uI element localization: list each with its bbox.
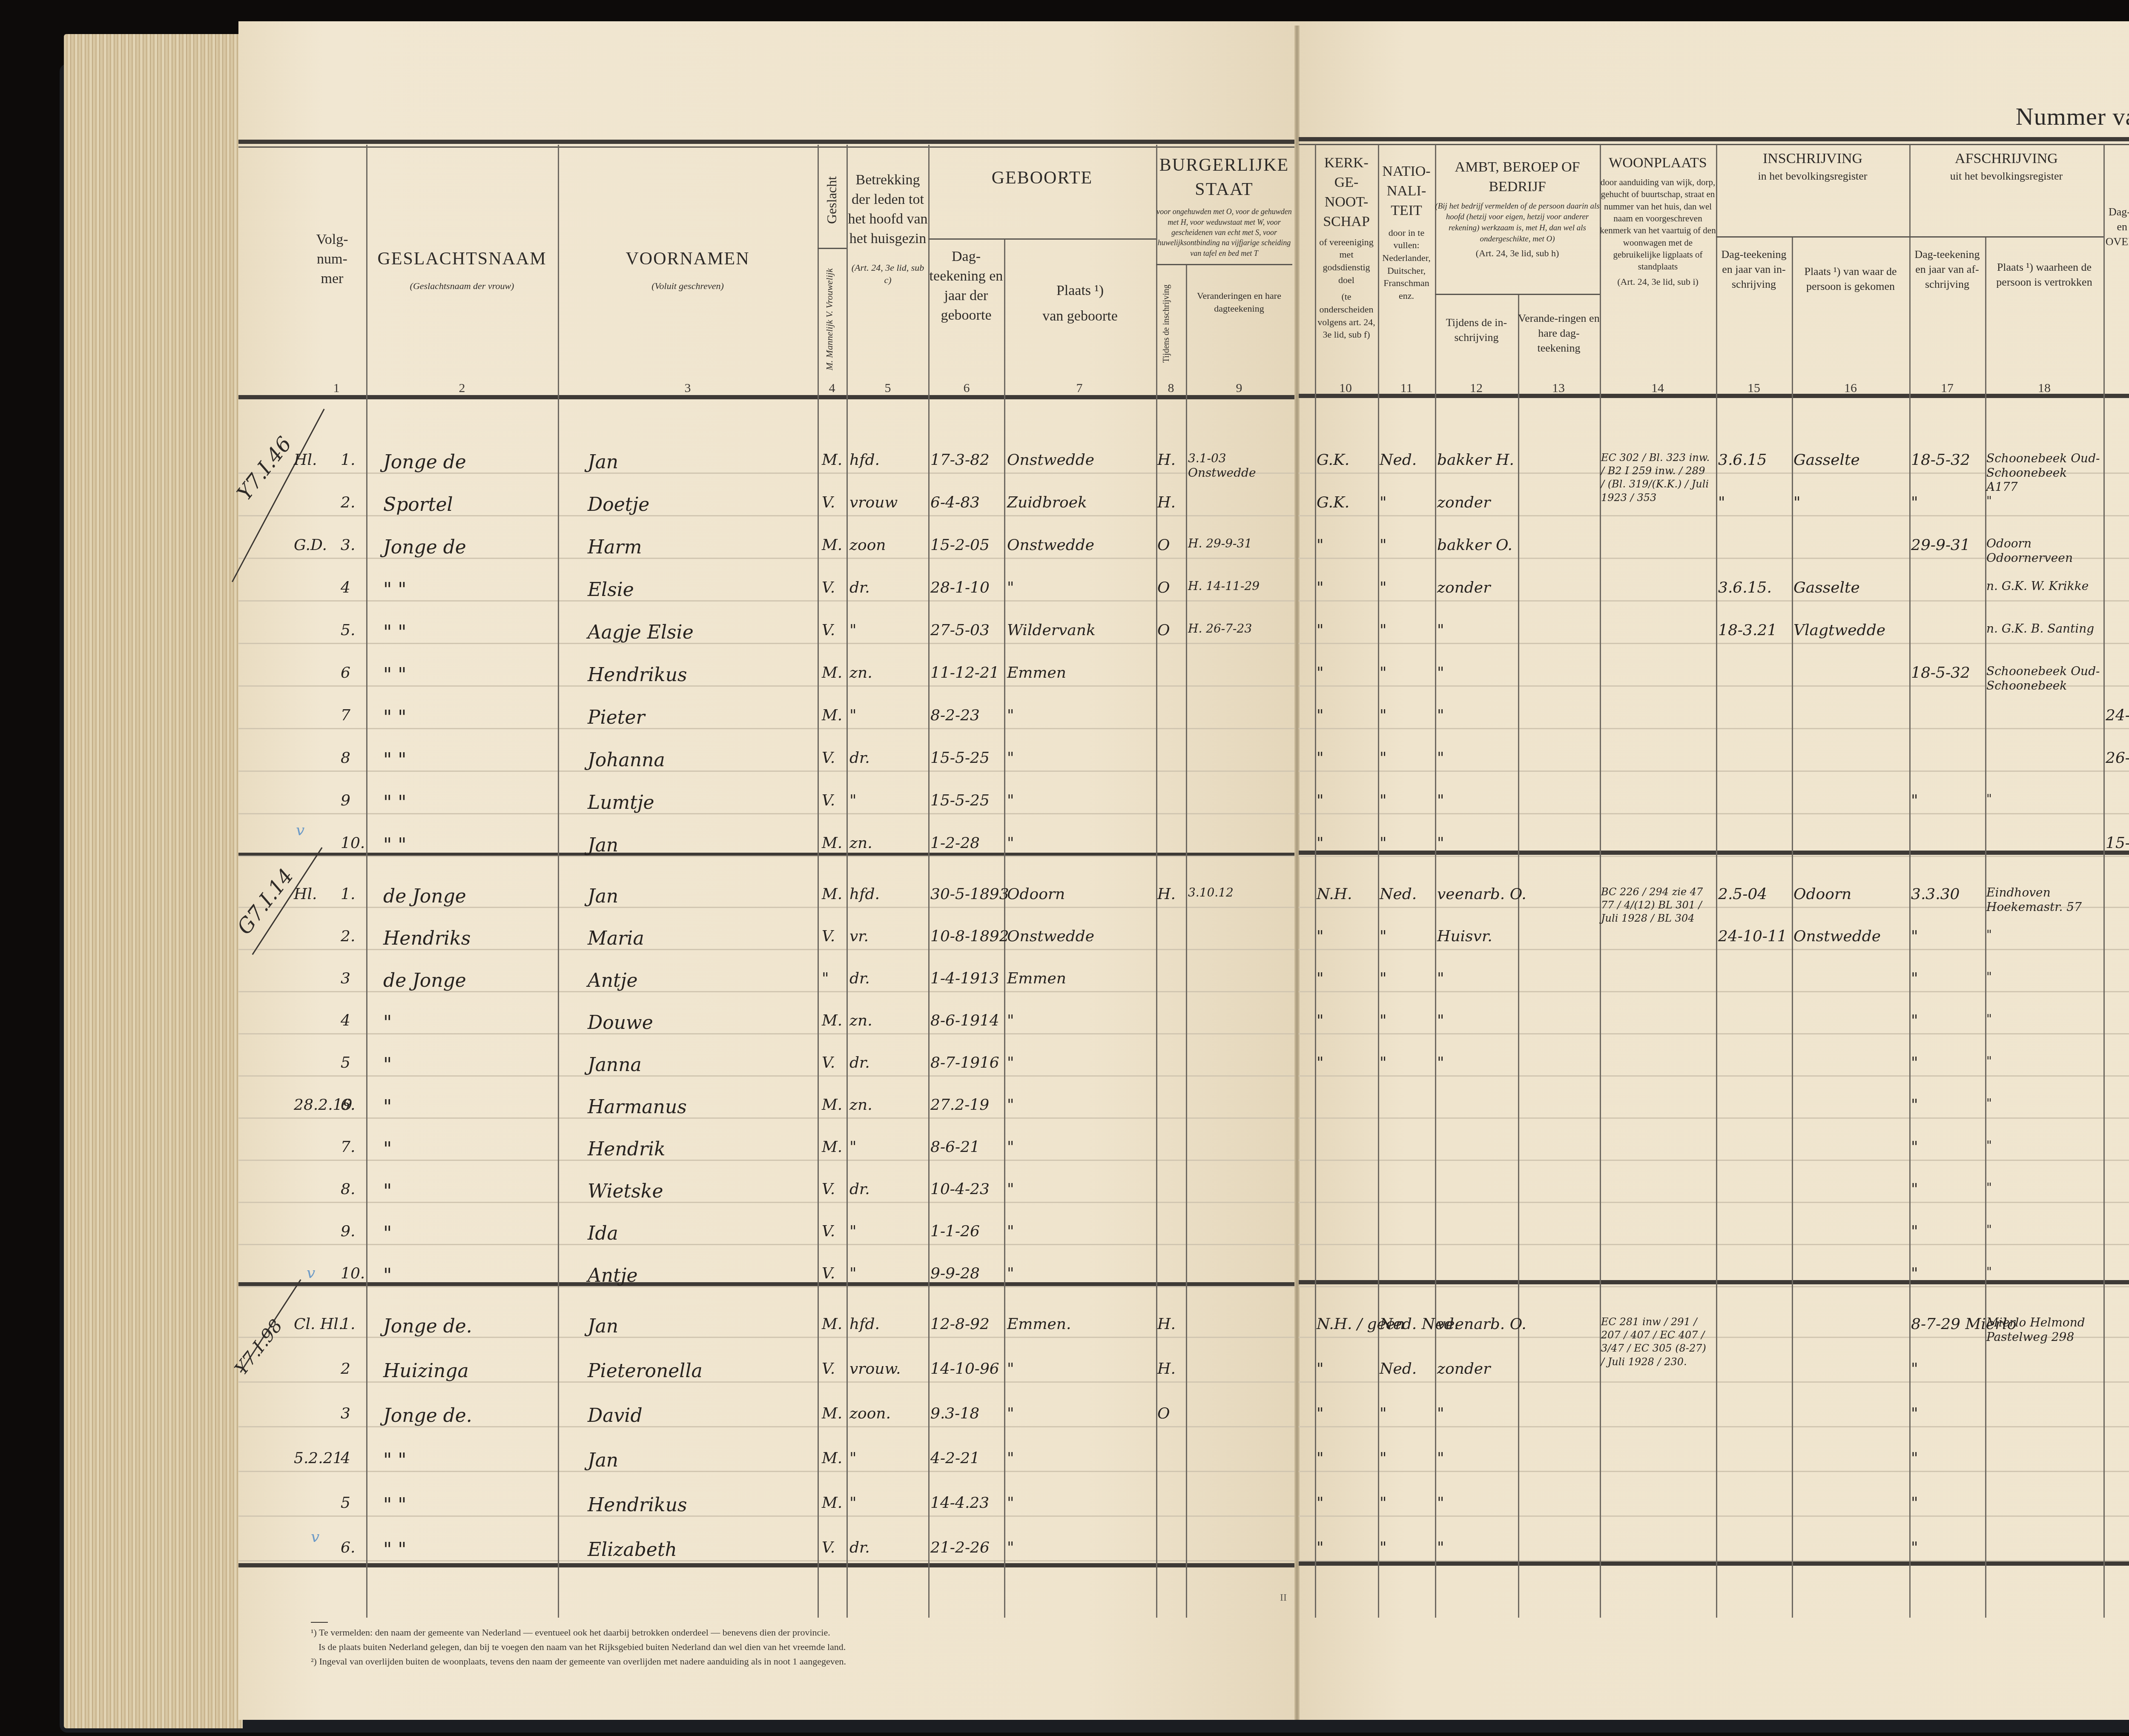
cell-civil-change: H. 29-9-31 — [1188, 536, 1290, 551]
row-guide-line — [1299, 813, 2129, 814]
footnote-1: ¹) Te vermelden: den naam der gemeente v… — [311, 1625, 1277, 1640]
cell-church: " — [1317, 1405, 1324, 1422]
row-guide-line — [1299, 1426, 2129, 1427]
row-guide-line — [238, 1286, 1294, 1287]
cell-relation: zn. — [849, 1096, 872, 1114]
cell-volg: 5 — [341, 1054, 350, 1071]
cell-birth-date: 1-4-1913 — [930, 970, 999, 987]
cell-nationality: " — [1380, 792, 1387, 809]
header-ambt: AMBT, BEROEP OF BEDRIJF(Bij het bedrijf … — [1435, 158, 1600, 260]
cell-birth-date: 15-5-25 — [930, 792, 990, 809]
cell-birth-date: 28-1-10 — [930, 579, 990, 596]
cell-occupation: " — [1437, 1405, 1444, 1422]
cell-relation: dr. — [849, 1539, 870, 1556]
cell-surname: Hendriks — [383, 928, 471, 949]
cell-volg: 1. — [341, 451, 355, 469]
colnum-3: 3 — [675, 381, 700, 395]
cell-death: 15-12-30 — [2106, 834, 2129, 852]
cell-birth-place: " — [1007, 1138, 1014, 1156]
cell-ins-place: Gasselte — [1793, 451, 1860, 469]
cell-sex: M. — [822, 451, 842, 469]
col-divider — [1600, 145, 1601, 1618]
colnum-5: 5 — [875, 381, 901, 395]
cell-firstname: Maria — [588, 928, 644, 949]
cell-volg: 5 — [341, 1494, 350, 1512]
cell-sex: V. — [822, 622, 835, 639]
cell-afs-date: " — [1911, 1360, 1918, 1378]
cell-civil: H. — [1157, 1360, 1176, 1378]
cell-birth-date: 14-4.23 — [930, 1494, 989, 1512]
cell-firstname: Lumtje — [588, 792, 654, 814]
cell-afs-date: " — [1911, 1223, 1918, 1240]
cell-residence: EC 302 / Bl. 323 inw. / B2 I 259 inw. / … — [1601, 451, 1712, 504]
col-divider — [1792, 236, 1793, 1618]
col-divider — [1186, 264, 1187, 1618]
colnum-16: 16 — [1838, 381, 1863, 395]
cell-afs-date: " — [1911, 1450, 1918, 1467]
cell-birth-place: Odoorn — [1007, 885, 1065, 903]
cell-birth-place: Emmen — [1007, 664, 1066, 682]
cell-sex: M. — [822, 1315, 842, 1333]
cell-sex: V. — [822, 1360, 835, 1378]
cell-sex: M. — [822, 707, 842, 724]
cell-afs-date: " — [1911, 494, 1918, 511]
staat-subrule — [1156, 264, 1292, 265]
cell-afs-date: " — [1911, 928, 1918, 945]
row-guide-line — [1299, 991, 2129, 992]
cell-surname: " " — [383, 622, 406, 643]
header-voornamen: VOORNAMEN(Voluit geschreven) — [558, 247, 818, 292]
cell-occupation: bakker O. — [1437, 536, 1512, 554]
cell-church: " — [1317, 664, 1324, 682]
cell-afs-place: " — [1986, 1138, 2101, 1153]
cell-relation: " — [849, 1450, 857, 1467]
row-guide-line — [1299, 600, 2129, 602]
cell-surname: " — [383, 1265, 392, 1286]
cell-birth-date: 17-3-82 — [930, 451, 990, 469]
row-guide-line — [1299, 515, 2129, 516]
cell-volg: 8. — [341, 1180, 355, 1198]
household-divider-1-right — [1299, 851, 2129, 855]
cell-nationality: " — [1380, 536, 1387, 554]
header-woonplaats: WOONPLAATSdoor aanduiding van wijk, dorp… — [1600, 153, 1716, 288]
cell-sex: V. — [822, 928, 835, 945]
cell-firstname: Jan — [588, 1315, 618, 1337]
cell-volg: 4 — [341, 1012, 350, 1029]
cell-ins-place: Gasselte — [1793, 579, 1860, 596]
row-guide-line — [238, 1160, 1294, 1161]
cell-afs-place: " — [1986, 970, 2101, 984]
cell-surname: " " — [383, 834, 406, 856]
cell-occupation: " — [1437, 1539, 1444, 1556]
cell-firstname: Pieter — [588, 707, 645, 728]
cell-church: " — [1317, 792, 1324, 809]
cell-civil: O — [1157, 536, 1170, 554]
col-divider — [366, 145, 367, 1618]
cell-birth-date: 27-5-03 — [930, 622, 990, 639]
row-guide-line — [1299, 1515, 2129, 1517]
cell-volg: 2 — [341, 1360, 350, 1378]
page-edges-left — [64, 34, 243, 1728]
cell-occupation: " — [1437, 1012, 1444, 1029]
header-bottom-rule-left — [238, 395, 1294, 399]
cell-birth-place: Onstwedde — [1007, 928, 1094, 945]
colnum-13: 13 — [1546, 381, 1571, 395]
cell-sex: V. — [822, 1265, 835, 1282]
cell-birth-date: 9-9-28 — [930, 1265, 980, 1282]
cell-church: " — [1317, 970, 1324, 987]
cell-relation: vr. — [849, 928, 869, 945]
cell-birth-date: 12-8-92 — [930, 1315, 990, 1333]
cell-occupation: " — [1437, 970, 1444, 987]
cell-afs-place: " — [1986, 1012, 2101, 1026]
cell-relation: zoon — [849, 536, 886, 554]
cell-birth-place: " — [1007, 749, 1014, 767]
book-gutter — [1294, 26, 1300, 1720]
cell-firstname: Jan — [588, 834, 618, 856]
cell-volg: 9. — [341, 1223, 355, 1240]
cell-sex: M. — [822, 1494, 842, 1512]
cell-surname: de Jonge — [383, 885, 466, 907]
cell-ins-date: 2.5-04 — [1718, 885, 1767, 903]
cell-afs-date: " — [1911, 1180, 1918, 1198]
cell-firstname: Aagje Elsie — [588, 622, 694, 643]
cell-nationality: " — [1380, 1450, 1387, 1467]
cell-afs-place: " — [1986, 1180, 2101, 1195]
cell-afs-date: " — [1911, 1012, 1918, 1029]
cell-birth-date: 8-7-1916 — [930, 1054, 999, 1071]
cell-relation: hfd. — [849, 1315, 880, 1333]
cell-relation: zoon. — [849, 1405, 891, 1422]
row-guide-line — [1299, 1160, 2129, 1161]
cell-volg: 3 — [341, 970, 350, 987]
header-nationaliteit: NATIO-NALI-TEITdoor in te vullen: Nederl… — [1378, 162, 1435, 302]
cell-afs-date: " — [1911, 1096, 1918, 1114]
cell-prefix: G.D. — [294, 536, 327, 554]
cell-civil: H. — [1157, 1315, 1176, 1333]
cell-prefix: Hl. — [294, 451, 317, 469]
colnum-1: 1 — [324, 381, 349, 395]
cell-surname: Jonge de — [383, 451, 466, 473]
cell-firstname: Douwe — [588, 1012, 653, 1034]
cell-surname: Jonge de — [383, 536, 466, 558]
cell-residence: EC 281 inw / 291 / 207 / 407 / EC 407 / … — [1601, 1315, 1712, 1369]
cell-occupation: " — [1437, 749, 1444, 767]
cell-afs-date: " — [1911, 1405, 1918, 1422]
header-geslachtsnaam: GESLACHTSNAAM(Geslachtsnaam der vrouw) — [366, 247, 558, 292]
col-divider — [1716, 145, 1717, 1618]
cell-sex: M. — [822, 1405, 842, 1422]
cell-firstname: Ida — [588, 1223, 618, 1244]
cell-occupation: " — [1437, 1494, 1444, 1512]
cell-firstname: Hendrikus — [588, 1494, 687, 1516]
header-geboorte-datum: Dag-teekening en jaar der geboorte — [928, 247, 1004, 325]
cell-relation: zn. — [849, 664, 872, 682]
cell-birth-date: 10-4-23 — [930, 1180, 990, 1198]
col-divider — [558, 145, 559, 1618]
cell-sex: M. — [822, 536, 842, 554]
cell-birth-place: Onstwedde — [1007, 451, 1094, 469]
ambt-subrule — [1435, 294, 1600, 295]
row-guide-line — [1299, 1560, 2129, 1561]
cell-occupation: " — [1437, 792, 1444, 809]
footnotes: ¹) Te vermelden: den naam der gemeente v… — [311, 1622, 1277, 1669]
blue-checkmark: v — [307, 1264, 315, 1282]
colnum-8: 8 — [1158, 381, 1184, 395]
row-guide-line — [1299, 1075, 2129, 1077]
colnum-2: 2 — [449, 381, 475, 395]
cell-civil-change: 3.1-03 Onstwedde — [1188, 451, 1290, 480]
cell-volg: 5. — [341, 622, 355, 639]
cell-birth-date: 4-2-21 — [930, 1450, 980, 1467]
cell-civil: O — [1157, 579, 1170, 596]
cell-birth-place: Onstwedde — [1007, 536, 1094, 554]
cell-firstname: Elizabeth — [588, 1539, 677, 1561]
geboorte-subrule — [928, 238, 1156, 240]
cell-church: G.K. — [1317, 451, 1349, 469]
cell-surname: " — [383, 1096, 392, 1118]
cell-afs-place: Mierlo Helmond Pastelweg 298 — [1986, 1315, 2101, 1344]
cell-birth-date: 1-1-26 — [930, 1223, 980, 1240]
cell-residence: BC 226 / 294 zie 47 77 / 4/(12) BL 301 /… — [1601, 885, 1712, 925]
cell-afs-date: " — [1911, 1494, 1918, 1512]
col-divider — [1435, 145, 1436, 1618]
row-guide-line — [1299, 1033, 2129, 1034]
cell-sex: V. — [822, 579, 835, 596]
cell-volg: 1. — [341, 1315, 355, 1333]
cell-birth-place: " — [1007, 1360, 1014, 1378]
cell-birth-date: 27.2-19 — [930, 1096, 989, 1114]
cell-nationality: " — [1380, 1494, 1387, 1512]
cell-nationality: " — [1380, 1054, 1387, 1071]
cell-volg: 2. — [341, 928, 355, 945]
cell-nationality: " — [1380, 749, 1387, 767]
cell-surname: " " — [383, 1450, 406, 1471]
row-guide-line — [238, 1244, 1294, 1245]
cell-firstname: Hendrik — [588, 1138, 666, 1160]
row-guide-line — [238, 1075, 1294, 1077]
cell-sex: M. — [822, 1096, 842, 1114]
cell-civil-change: 3.10.12 — [1188, 885, 1290, 900]
cell-nationality: " — [1380, 928, 1387, 945]
cell-nationality: " — [1380, 970, 1387, 987]
row-guide-line — [238, 1033, 1294, 1034]
header-overlijden: Dag-teekening en jaar van OVER-LIJDEN ²) — [2103, 204, 2129, 264]
cell-ins-date: 3.6.15 — [1718, 451, 1767, 469]
cell-birth-date: 15-2-05 — [930, 536, 990, 554]
row-guide-line — [1299, 771, 2129, 772]
cell-ins-date: 18-3.21 — [1718, 622, 1777, 639]
col-divider — [846, 145, 848, 1618]
cell-civil-change: H. 14-11-29 — [1188, 579, 1290, 593]
cell-surname: " — [383, 1138, 392, 1160]
cell-church: " — [1317, 928, 1324, 945]
cell-firstname: Jan — [588, 1450, 618, 1471]
cell-civil: H. — [1157, 451, 1176, 469]
geslacht-subrule — [818, 248, 846, 249]
cell-volg: 6. — [341, 1096, 355, 1114]
cell-nationality: " — [1380, 707, 1387, 724]
cell-church: " — [1317, 1054, 1324, 1071]
col-divider — [928, 145, 930, 1618]
cell-civil: O — [1157, 1405, 1170, 1422]
colnum-9: 9 — [1226, 381, 1252, 395]
cell-church: " — [1317, 1494, 1324, 1512]
cell-firstname: Harmanus — [588, 1096, 687, 1118]
cell-relation: " — [849, 1138, 857, 1156]
row-guide-line — [238, 1202, 1294, 1203]
cell-afs-place: " — [1986, 1223, 2101, 1237]
cell-volg: 3. — [341, 536, 355, 554]
cell-birth-date: 30-5-1893 — [930, 885, 1009, 903]
cell-relation: hfd. — [849, 451, 880, 469]
cell-sex: V. — [822, 1223, 835, 1240]
cell-nationality: " — [1380, 664, 1387, 682]
cell-sex: V. — [822, 792, 835, 809]
sheet-number-label: Nummer van het blad — [2016, 102, 2129, 131]
col-divider — [1909, 145, 1911, 1618]
cell-afs-place: " — [1986, 1054, 2101, 1069]
colnum-6: 6 — [954, 381, 979, 395]
cell-birth-place: " — [1007, 1450, 1014, 1467]
cell-volg: 3 — [341, 1405, 350, 1422]
cell-relation: dr. — [849, 1054, 870, 1071]
cell-occupation: veenarb. O. — [1437, 885, 1526, 903]
cell-relation: " — [849, 1223, 857, 1240]
row-guide-line — [1299, 1202, 2129, 1203]
cell-surname: Jonge de. — [383, 1405, 472, 1427]
col-divider — [1518, 294, 1519, 1618]
cell-firstname: Janna — [588, 1054, 642, 1076]
cell-sex: M. — [822, 1138, 842, 1156]
cell-afs-place: n. G.K. B. Santing — [1986, 622, 2101, 636]
cell-occupation: Huisvr. — [1437, 928, 1492, 945]
row-guide-line — [1299, 1286, 2129, 1287]
cell-birth-date: 6-4-83 — [930, 494, 980, 511]
cell-volg: 10. — [341, 834, 365, 852]
header-top-rule-left — [238, 140, 1294, 144]
cell-birth-place: " — [1007, 1180, 1014, 1198]
cell-surname: " " — [383, 707, 406, 728]
colnum-10: 10 — [1333, 381, 1358, 395]
header-geboorte-plaats: Plaats ¹)van geboorte — [1004, 281, 1156, 326]
cell-prefix: 5.2.21 — [294, 1450, 343, 1467]
cell-occupation: " — [1437, 1054, 1444, 1071]
cell-surname: " " — [383, 664, 406, 686]
cell-church: " — [1317, 1539, 1324, 1556]
cell-occupation: zonder — [1437, 494, 1490, 511]
cell-surname: Sportel — [383, 494, 453, 516]
cell-church: G.K. — [1317, 494, 1349, 511]
cell-relation: hfd. — [849, 885, 880, 903]
cell-surname: " " — [383, 1539, 406, 1561]
cell-ins-date: " — [1718, 494, 1725, 511]
cell-ins-date: 3.6.15. — [1718, 579, 1772, 596]
afschrijving-subrule — [1909, 236, 2103, 238]
cell-church: " — [1317, 1360, 1324, 1378]
household-divider-2-right — [1299, 1280, 2129, 1284]
cell-ins-place: Onstwedde — [1793, 928, 1881, 945]
cell-civil: H. — [1157, 494, 1176, 511]
cell-relation: zn. — [849, 834, 872, 852]
row-guide-line — [1299, 856, 2129, 857]
cell-afs-date: " — [1911, 1054, 1918, 1071]
header-geslacht: Geslacht — [824, 158, 840, 243]
cell-firstname: Harm — [588, 536, 642, 558]
cell-birth-place: " — [1007, 1096, 1014, 1114]
colnum-17: 17 — [1934, 381, 1960, 395]
header-afschrijving-plaats: Plaats ¹) waarheen de persoon is vertrok… — [1985, 260, 2103, 289]
col-divider — [1985, 236, 1986, 1618]
cell-birth-date: 1-2-28 — [930, 834, 980, 852]
cell-death: 24-2-23 — [2106, 707, 2129, 724]
cell-afs-place: " — [1986, 928, 2101, 942]
cell-relation: vrouw — [849, 494, 898, 511]
blue-checkmark: v — [311, 1528, 319, 1546]
cell-birth-place: " — [1007, 1223, 1014, 1240]
cell-surname: " — [383, 1054, 392, 1076]
cell-surname: " — [383, 1180, 392, 1202]
header-inschrijving: INSCHRIJVINGin het bevolkingsregister — [1716, 149, 1909, 183]
cell-surname: " " — [383, 1494, 406, 1516]
colnum-11: 11 — [1394, 381, 1419, 395]
cell-birth-date: 11-12-21 — [930, 664, 999, 682]
col-divider — [1315, 145, 1316, 1618]
row-guide-line — [1299, 1244, 2129, 1245]
cell-nationality: Ned. — [1380, 885, 1417, 903]
cell-relation: " — [849, 707, 857, 724]
cell-firstname: Antje — [588, 970, 637, 991]
cell-ins-place: " — [1793, 494, 1801, 511]
header-top-rule-right — [1299, 137, 2129, 141]
colnum-18: 18 — [2031, 381, 2057, 395]
cell-birth-place: " — [1007, 1265, 1014, 1282]
cell-church: " — [1317, 579, 1324, 596]
cell-sex: V. — [822, 494, 835, 511]
footnote-1-cont: Is de plaats buiten Nederland gelegen, d… — [311, 1640, 1277, 1654]
cell-afs-place: Eindhoven Hoekemastr. 57 — [1986, 885, 2101, 914]
header-staat-tijdens: Tijdens de inschrijving — [1162, 281, 1171, 366]
colnum-12: 12 — [1463, 381, 1489, 395]
cell-sex: V. — [822, 1180, 835, 1198]
cell-church: " — [1317, 834, 1324, 852]
cell-sex: V. — [822, 749, 835, 767]
header-top-rule-right-thin — [1299, 144, 2129, 145]
table-bottom-rule-right — [1299, 1561, 2129, 1566]
cell-volg: 6 — [341, 664, 350, 682]
header-ambt-tijdens: Tijdens de in-schrijving — [1435, 315, 1518, 345]
cell-nationality: Ned. — [1380, 1360, 1417, 1378]
cell-occupation: " — [1437, 664, 1444, 682]
cell-birth-place: " — [1007, 792, 1014, 809]
cell-surname: Huizinga — [383, 1360, 469, 1382]
cell-sex: " — [822, 970, 829, 987]
cell-nationality: " — [1380, 834, 1387, 852]
cell-relation: dr. — [849, 1180, 870, 1198]
cell-afs-place: Odoorn Odoornerveen — [1986, 536, 2101, 565]
cell-volg: 8 — [341, 749, 350, 767]
cell-afs-date: " — [1911, 792, 1918, 809]
cell-ins-place: Odoorn — [1793, 885, 1851, 903]
cell-birth-place: " — [1007, 1539, 1014, 1556]
cell-sex: M. — [822, 664, 842, 682]
row-guide-line — [1299, 1381, 2129, 1383]
cell-nationality: " — [1380, 1405, 1387, 1422]
cell-volg: 7. — [341, 1138, 355, 1156]
cell-volg: 4 — [341, 579, 350, 596]
cell-firstname: Antje — [588, 1265, 637, 1286]
cell-birth-place: " — [1007, 579, 1014, 596]
